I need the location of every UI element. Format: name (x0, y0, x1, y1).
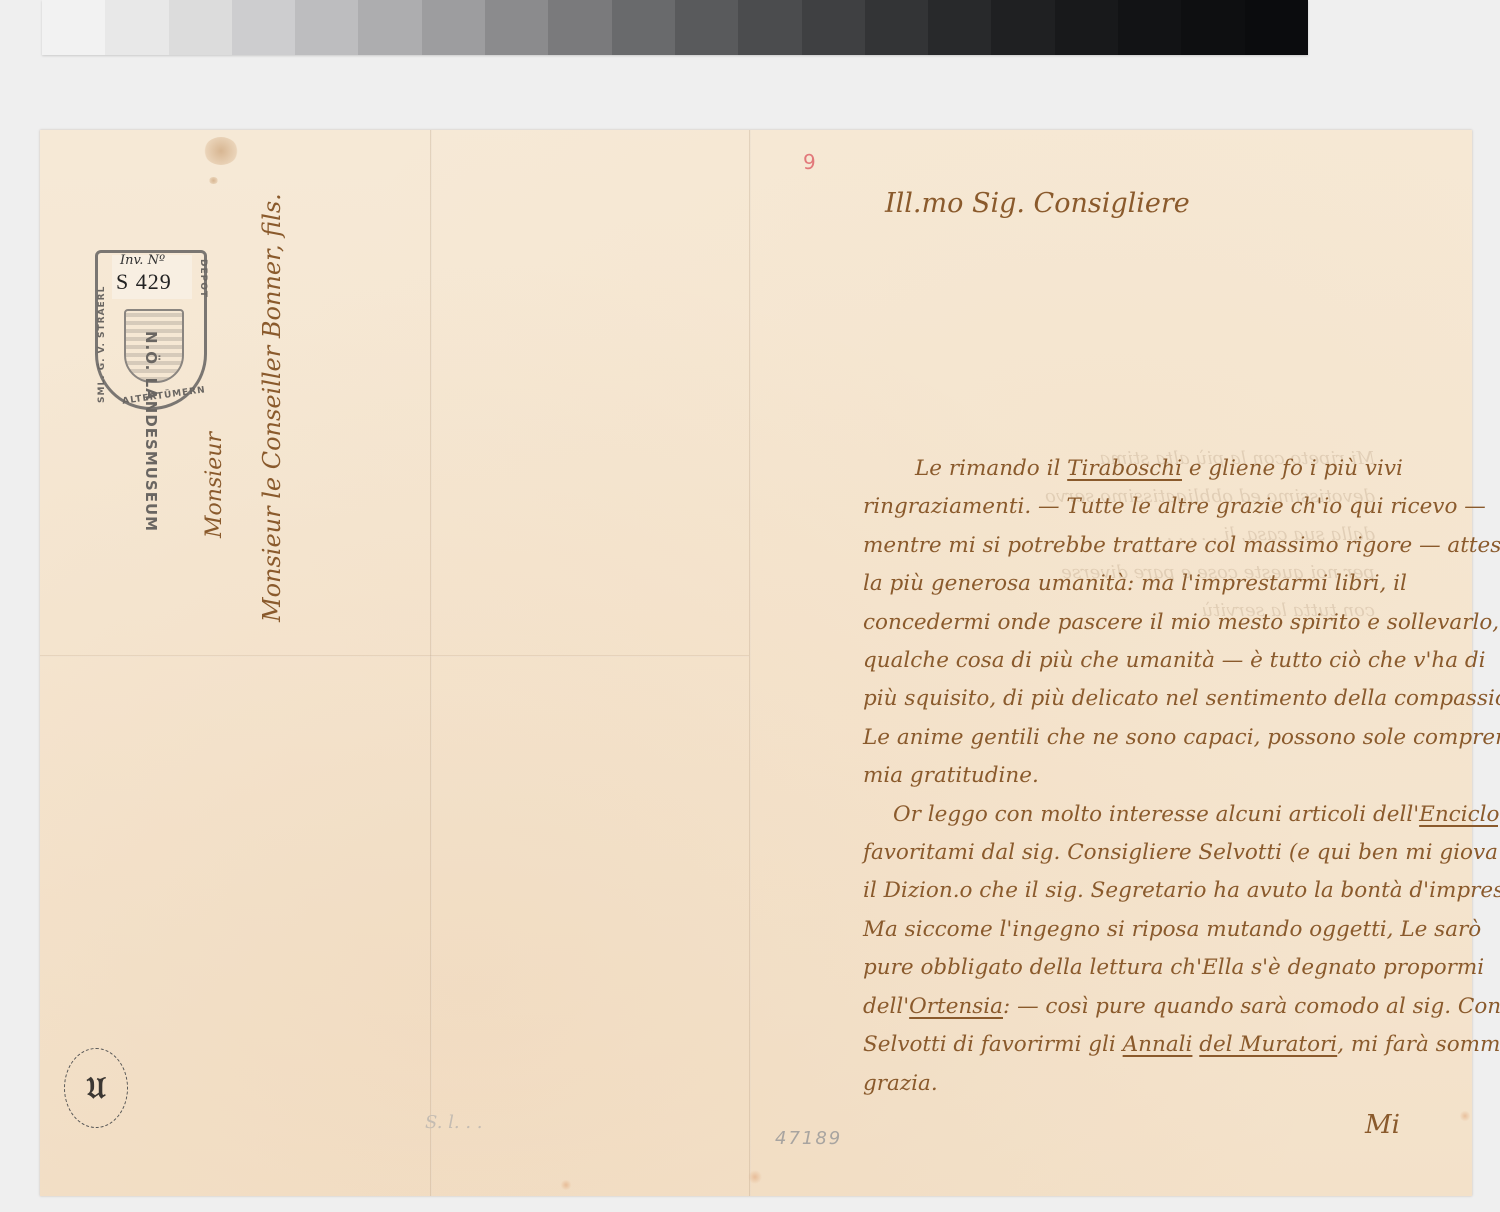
stamp-right-text: DEPOT (198, 259, 208, 298)
inventory-number: S 429 (116, 269, 172, 295)
letter-line: qualche cosa di più che umanità — è tutt… (863, 642, 1463, 680)
line-text: Selvotti di favorirmi gli (863, 1032, 1123, 1057)
letter-line: mia gratitudine. (863, 757, 1463, 795)
gray-patch (928, 0, 991, 55)
gothic-letter-icon: 𝔘 (86, 1071, 105, 1106)
letter-line: pure obbligato della lettura ch'Ella s'è… (863, 949, 1463, 987)
letter-line: Or leggo con molto interesse alcuni arti… (863, 796, 1463, 834)
line-text: e gliene fo i più vivi (1182, 456, 1403, 481)
faint-pencil-marks: S. l. . . (425, 1112, 483, 1133)
underlined-title: Enciclopedia (1419, 802, 1500, 827)
foxing-spot (560, 1180, 572, 1190)
center-spine-fold (749, 130, 751, 1196)
gray-patch (232, 0, 295, 55)
gray-patch (1181, 0, 1244, 55)
salutation: Ill.mo Sig. Consigliere (885, 188, 1190, 219)
line-text: grazia. (863, 1071, 938, 1096)
underlined-title: del Muratori (1199, 1032, 1337, 1057)
gray-patch (612, 0, 675, 55)
line-text: la più generosa umanità: ma l'imprestarm… (863, 571, 1407, 596)
foxing-spot (1460, 1110, 1470, 1122)
gray-patch (169, 0, 232, 55)
line-text: Ma siccome l'ingegno si riposa mutando o… (863, 917, 1481, 942)
museum-name: N.Ö. LANDESMUSEUM (142, 331, 160, 532)
underlined-title: Annali (1123, 1032, 1193, 1057)
letter-line: più squisito, di più delicato nel sentim… (863, 680, 1463, 718)
line-text: mentre mi si potrebbe trattare col massi… (863, 533, 1500, 558)
gray-patch (865, 0, 928, 55)
address-line-2: Monsieur le Conseiller Bonner, fils. (258, 193, 286, 622)
letter-line: Selvotti di favorirmi gli Annali del Mur… (863, 1026, 1463, 1064)
letter-line: la più generosa umanità: ma l'imprestarm… (863, 565, 1463, 603)
gray-patch (1055, 0, 1118, 55)
line-text: mia gratitudine. (863, 763, 1039, 788)
oval-collection-stamp: 𝔘 (64, 1048, 128, 1128)
line-text: , mi farà somma (1337, 1032, 1500, 1057)
letter-line: ringraziamenti. — Tutte le altre grazie … (863, 488, 1463, 526)
gray-patch (802, 0, 865, 55)
fold-line-horizontal (40, 655, 749, 657)
line-text: Or leggo con molto interesse alcuni arti… (893, 802, 1419, 827)
gray-patch (675, 0, 738, 55)
gray-patch (422, 0, 485, 55)
line-text: : — così pure quando sarà comodo al sig.… (1003, 994, 1500, 1019)
archive-pencil-number: 47189 (775, 1128, 842, 1149)
gray-patch (738, 0, 801, 55)
gray-patch (548, 0, 611, 55)
gray-patch (1245, 0, 1308, 55)
water-stain (204, 137, 238, 165)
underlined-title: Tiraboschi (1067, 456, 1182, 481)
line-text: Le rimando il (915, 456, 1067, 481)
letter-line: concedermi onde pascere il mio mesto spi… (863, 604, 1463, 642)
gray-patch (105, 0, 168, 55)
letter-body: Le rimando il Tiraboschi e gliene fo i p… (863, 450, 1463, 1103)
gray-patch (991, 0, 1054, 55)
letter-line: Le rimando il Tiraboschi e gliene fo i p… (863, 450, 1463, 488)
letter-line: dell'Ortensia: — così pure quando sarà c… (863, 988, 1463, 1026)
line-text: ringraziamenti. — Tutte le altre grazie … (863, 494, 1486, 519)
gray-patch (295, 0, 358, 55)
gray-patch (485, 0, 548, 55)
letter-line: mentre mi si potrebbe trattare col massi… (863, 527, 1463, 565)
fold-line-vertical-left (430, 130, 432, 1196)
line-text: qualche cosa di più che umanità — è tutt… (863, 648, 1486, 673)
grayscale-calibration-strip (42, 0, 1308, 55)
museum-inventory-stamp: Inv. Nº S 429 N.Ö. LANDESMUSEUM SML. G. … (95, 250, 207, 410)
letter-line: il Dizion.o che il sig. Segretario ha av… (863, 872, 1463, 910)
address-line-1: Monsieur (202, 432, 227, 538)
stamp-left-text: SML. G. V. STRAERL (97, 286, 107, 403)
line-text: concedermi onde pascere il mio mesto spi… (863, 610, 1500, 635)
letter-line: favoritami dal sig. Consigliere Selvotti… (863, 834, 1463, 872)
foxing-spot (748, 1170, 762, 1184)
gray-patch (358, 0, 421, 55)
line-text: favoritami dal sig. Consigliere Selvotti… (863, 840, 1498, 865)
underlined-title: Ortensia (909, 994, 1003, 1019)
small-stain (209, 177, 218, 184)
letter-line: Le anime gentili che ne sono capaci, pos… (863, 719, 1463, 757)
line-text: il Dizion.o che il sig. Segretario ha av… (863, 878, 1500, 903)
line-text: più squisito, di più delicato nel sentim… (863, 686, 1500, 711)
gray-patch (1118, 0, 1181, 55)
gray-patch (42, 0, 105, 55)
line-text: pure obbligato della lettura ch'Ella s'è… (863, 955, 1484, 980)
folio-number: 9 (803, 150, 816, 174)
letter-line: grazia. (863, 1065, 1463, 1103)
letter-line: Ma siccome l'ingegno si riposa mutando o… (863, 911, 1463, 949)
line-text: dell' (863, 994, 909, 1019)
line-text: Le anime gentili che ne sono capaci, pos… (863, 725, 1500, 750)
closing-word: Mi (1365, 1110, 1400, 1140)
inventory-label: Inv. Nº (120, 253, 165, 268)
